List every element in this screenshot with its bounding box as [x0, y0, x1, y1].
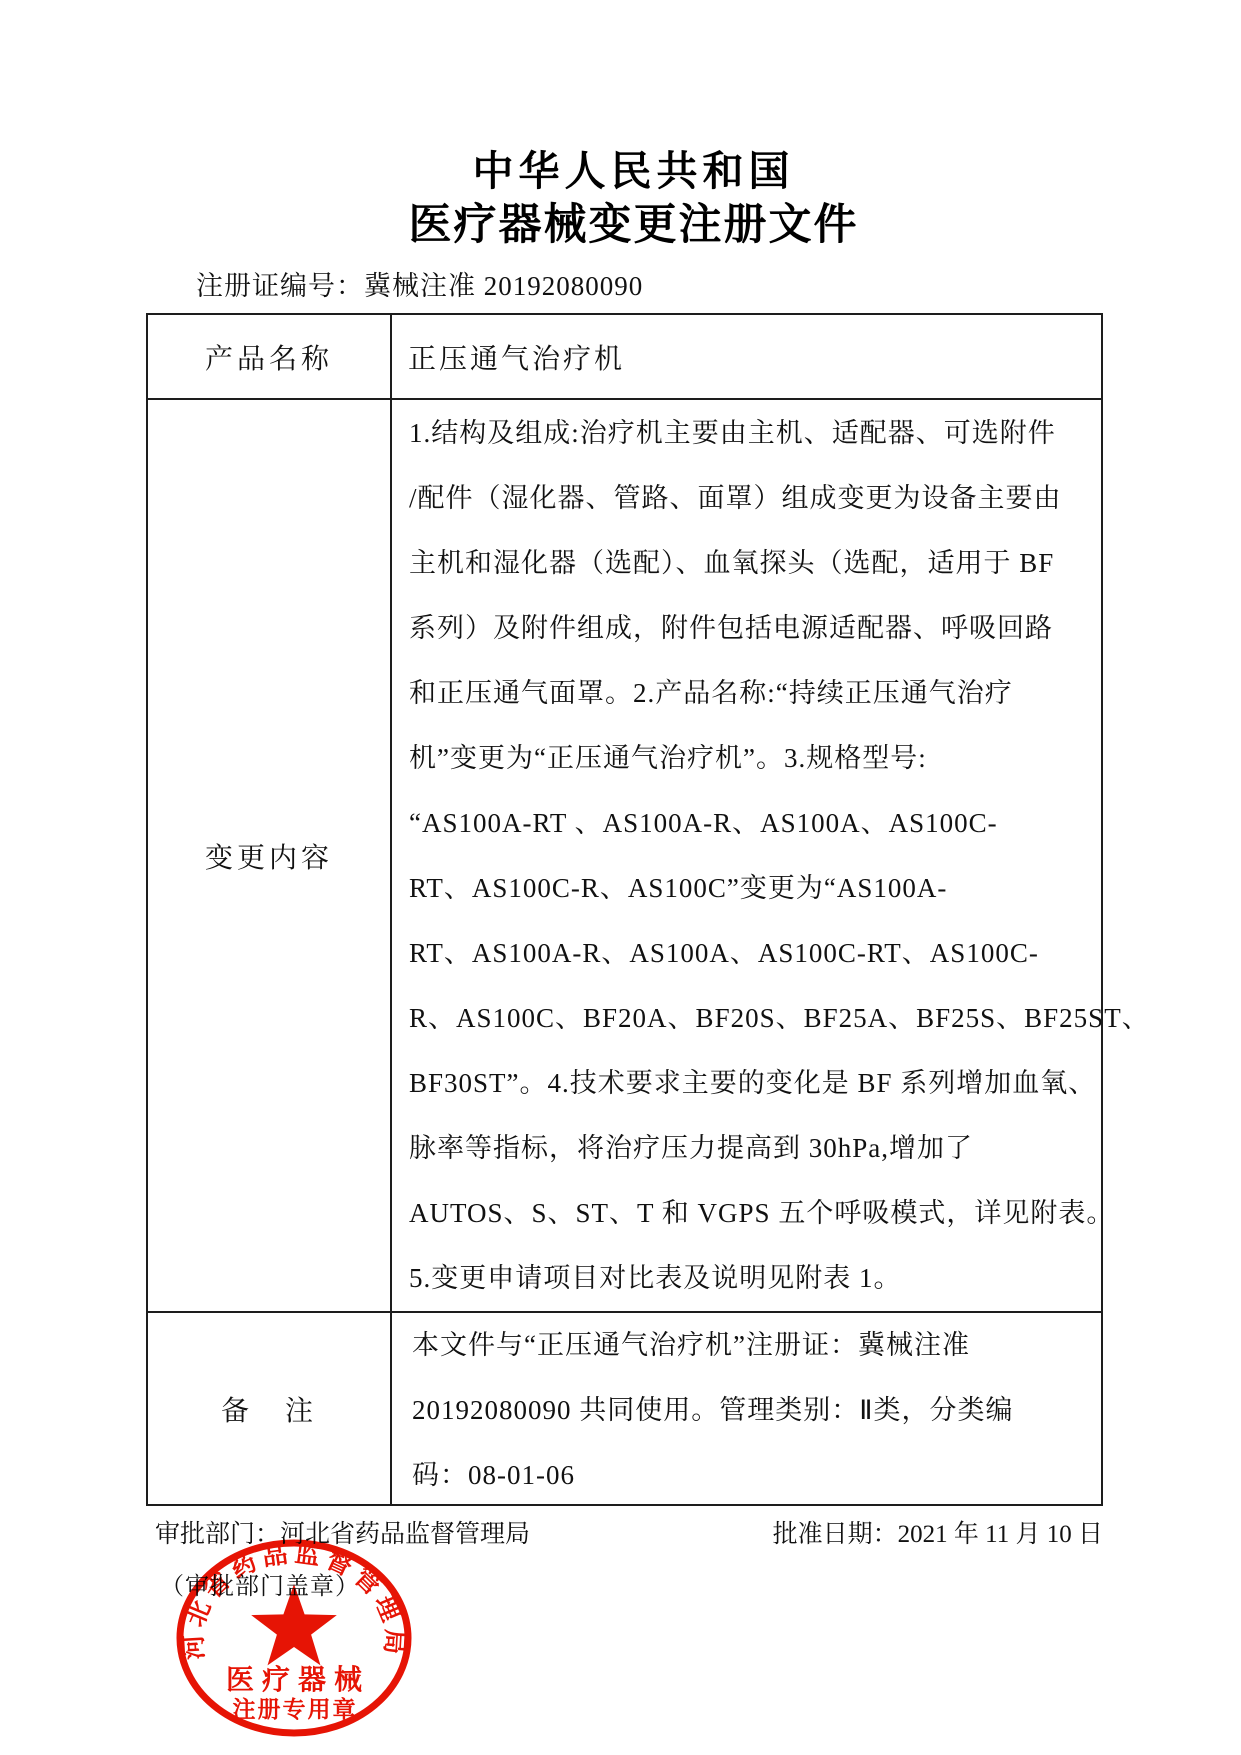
change-content-line: RT、AS100C-R、AS100C”变更为“AS100A-	[409, 856, 1097, 921]
change-content-line: 机”变更为“正压通气治疗机”。3.规格型号:	[409, 726, 1097, 791]
change-content-line: 系列）及附件组成，附件包括电源适配器、呼吸回路	[409, 596, 1097, 661]
change-content-label: 变更内容	[148, 400, 392, 1311]
change-content-line: BF30ST”。4.技术要求主要的变化是 BF 系列增加血氧、	[409, 1051, 1097, 1116]
change-content-line: 5.变更申请项目对比表及说明见附表 1。	[409, 1246, 1097, 1311]
title-line-2: 医疗器械变更注册文件	[13, 198, 1241, 252]
change-content-line: 脉率等指标，将治疗压力提高到 30hPa,增加了	[409, 1116, 1097, 1181]
title-line-1: 中华人民共和国	[13, 144, 1241, 198]
stamp-center-line1: 医疗器械	[226, 1664, 370, 1695]
change-content-line: /配件（湿化器、管路、面罩）组成变更为设备主要由	[409, 466, 1097, 531]
approval-date: 批准日期：2021 年 11 月 10 日	[773, 1514, 1103, 1550]
stamp-star-icon	[251, 1584, 337, 1665]
change-content-line: “AS100A-RT 、AS100A-R、AS100A、AS100C-	[409, 791, 1097, 856]
change-content-line: 主机和湿化器（选配）、血氧探头（选配，适用于 BF	[409, 531, 1097, 596]
stamp-center-line2: 注册专用章	[233, 1696, 358, 1722]
change-content-line: AUTOS、S、ST、T 和 VGPS 五个呼吸模式，详见附表。	[409, 1181, 1097, 1246]
remark-row: 备 注 本文件与“正压通气治疗机”注册证：冀械注准 20192080090 共同…	[148, 1311, 1101, 1504]
official-seal-stamp: 河北省药品监督管理局 医疗器械 注册专用章	[175, 1538, 415, 1738]
product-name-label: 产品名称	[148, 315, 392, 398]
product-name-row: 产品名称 正压通气治疗机	[148, 315, 1101, 398]
document-page: 中华人民共和国 医疗器械变更注册文件 注册证编号：冀械注准 2019208009…	[0, 0, 1241, 1755]
product-name-value: 正压通气治疗机	[392, 315, 1101, 398]
registration-number: 注册证编号：冀械注准 20192080090	[196, 264, 643, 303]
change-content-line: 和正压通气面罩。2.产品名称:“持续正压通气治疗	[409, 661, 1097, 726]
change-content-row: 变更内容 1.结构及组成:治疗机主要由主机、适配器、可选附件 /配件（湿化器、管…	[148, 398, 1101, 1311]
change-content-line: R、AS100C、BF20A、BF20S、BF25A、BF25S、BF25ST、	[409, 986, 1097, 1051]
document-title: 中华人民共和国 医疗器械变更注册文件	[13, 144, 1241, 252]
change-content-line: RT、AS100A-R、AS100A、AS100C-RT、AS100C-	[409, 921, 1097, 986]
remark-text: 本文件与“正压通气治疗机”注册证：冀械注准 20192080090 共同使用。管…	[392, 1313, 1101, 1504]
registration-table: 产品名称 正压通气治疗机 变更内容 1.结构及组成:治疗机主要由主机、适配器、可…	[146, 313, 1103, 1506]
remark-line: 本文件与“正压通气治疗机”注册证：冀械注准	[412, 1313, 1097, 1378]
change-content-text: 1.结构及组成:治疗机主要由主机、适配器、可选附件 /配件（湿化器、管路、面罩）…	[392, 400, 1101, 1311]
remark-line: 20192080090 共同使用。管理类别：Ⅱ类，分类编	[412, 1378, 1097, 1443]
change-content-line: 1.结构及组成:治疗机主要由主机、适配器、可选附件	[409, 401, 1097, 466]
remark-label: 备 注	[148, 1313, 392, 1504]
remark-line: 码：08-01-06	[412, 1443, 1097, 1508]
